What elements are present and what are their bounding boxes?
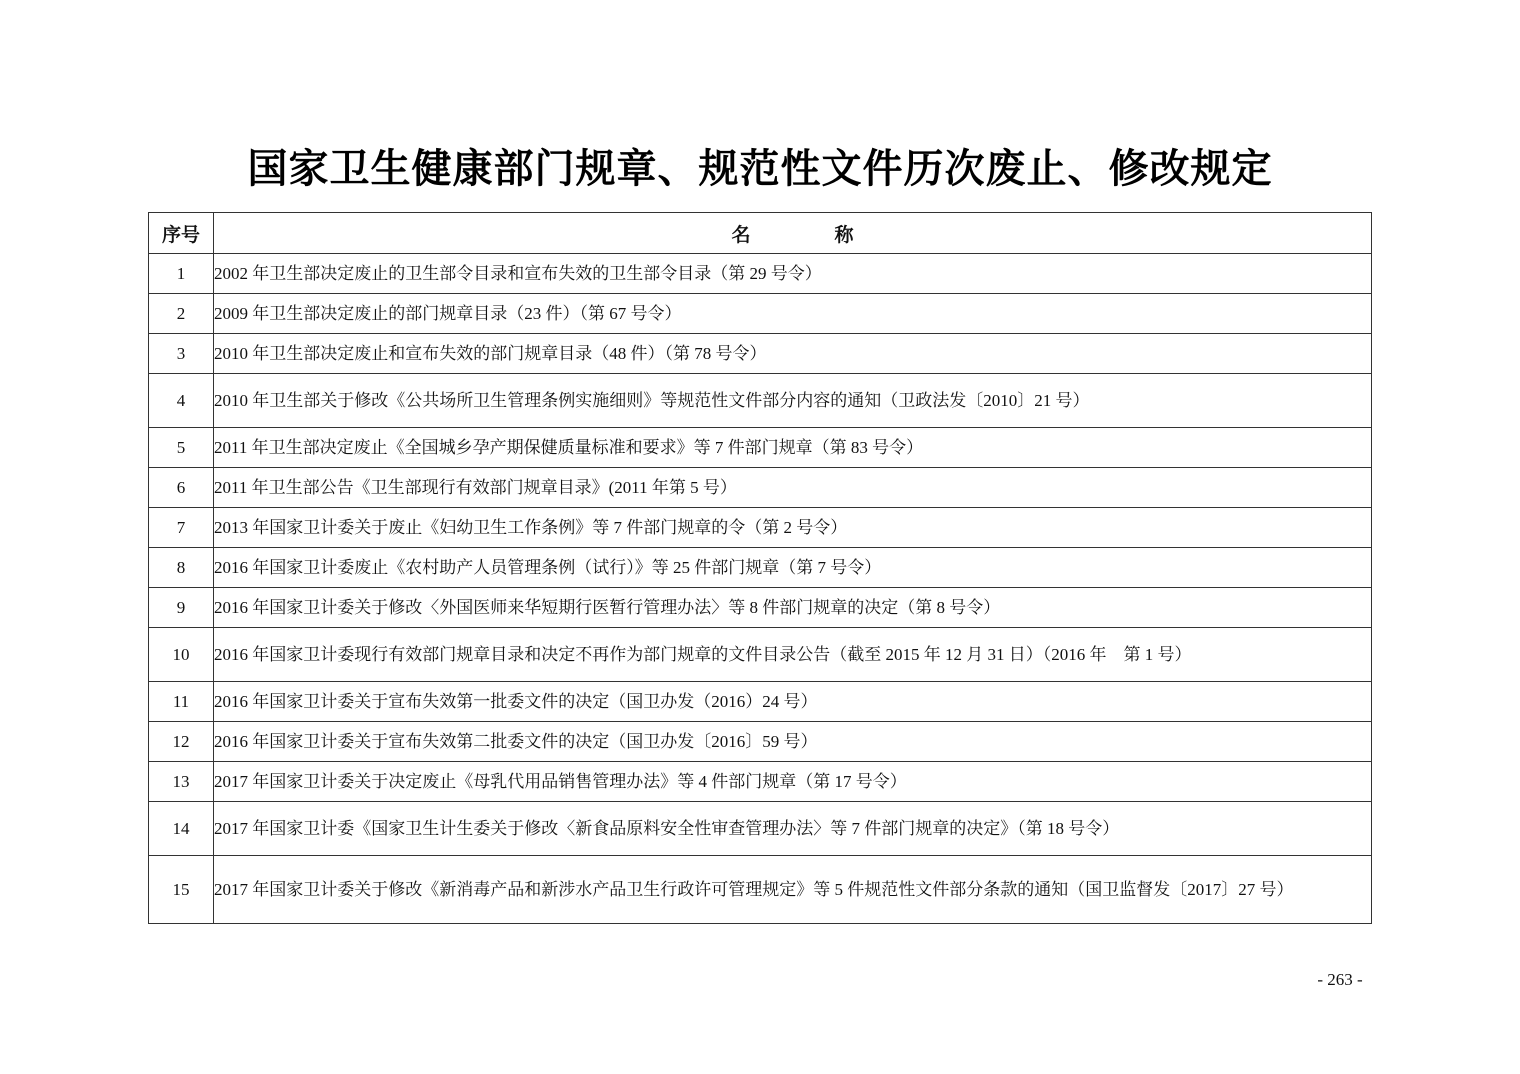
regulations-table: 序号 名称 1 2002 年卫生部决定废止的卫生部令目录和宣布失效的卫生部令目录… — [148, 212, 1372, 924]
row-name: 2002 年卫生部决定废止的卫生部令目录和宣布失效的卫生部令目录（第 29 号令… — [214, 254, 1372, 294]
row-number: 15 — [149, 856, 214, 924]
table-row: 11 2016 年国家卫计委关于宣布失效第一批委文件的决定（国卫办发（2016）… — [149, 682, 1372, 722]
table-row: 7 2013 年国家卫计委关于废止《妇幼卫生工作条例》等 7 件部门规章的令（第… — [149, 508, 1372, 548]
row-number: 1 — [149, 254, 214, 294]
table-row: 6 2011 年卫生部公告《卫生部现行有效部门规章目录》(2011 年第 5 号… — [149, 468, 1372, 508]
table-row: 13 2017 年国家卫计委关于决定废止《母乳代用品销售管理办法》等 4 件部门… — [149, 762, 1372, 802]
row-name: 2016 年国家卫计委废止《农村助产人员管理条例（试行）》等 25 件部门规章（… — [214, 548, 1372, 588]
header-name-part1: 名 — [731, 224, 750, 246]
row-number: 12 — [149, 722, 214, 762]
row-name: 2009 年卫生部决定废止的部门规章目录（23 件）（第 67 号令） — [214, 294, 1372, 334]
table-row: 12 2016 年国家卫计委关于宣布失效第二批委文件的决定（国卫办发〔2016〕… — [149, 722, 1372, 762]
row-number: 11 — [149, 682, 214, 722]
table-header-row: 序号 名称 — [149, 213, 1372, 254]
row-name: 2011 年卫生部公告《卫生部现行有效部门规章目录》(2011 年第 5 号） — [214, 468, 1372, 508]
row-number: 3 — [149, 334, 214, 374]
row-number: 13 — [149, 762, 214, 802]
row-name: 2016 年国家卫计委关于宣布失效第一批委文件的决定（国卫办发（2016）24 … — [214, 682, 1372, 722]
row-number: 5 — [149, 428, 214, 468]
row-name: 2011 年卫生部决定废止《全国城乡孕产期保健质量标准和要求》等 7 件部门规章… — [214, 428, 1372, 468]
row-name: 2016 年国家卫计委现行有效部门规章目录和决定不再作为部门规章的文件目录公告（… — [214, 628, 1372, 682]
row-number: 4 — [149, 374, 214, 428]
header-name: 名称 — [214, 213, 1372, 254]
row-name: 2013 年国家卫计委关于废止《妇幼卫生工作条例》等 7 件部门规章的令（第 2… — [214, 508, 1372, 548]
row-name: 2010 年卫生部决定废止和宣布失效的部门规章目录（48 件）（第 78 号令） — [214, 334, 1372, 374]
row-name: 2017 年国家卫计委关于决定废止《母乳代用品销售管理办法》等 4 件部门规章（… — [214, 762, 1372, 802]
row-name: 2017 年国家卫计委关于修改《新消毒产品和新涉水产品卫生行政许可管理规定》等 … — [214, 856, 1372, 924]
header-serial-number: 序号 — [149, 213, 214, 254]
row-number: 7 — [149, 508, 214, 548]
table-row: 2 2009 年卫生部决定废止的部门规章目录（23 件）（第 67 号令） — [149, 294, 1372, 334]
table-row: 10 2016 年国家卫计委现行有效部门规章目录和决定不再作为部门规章的文件目录… — [149, 628, 1372, 682]
page-number: - 263 - — [1300, 970, 1380, 990]
table-row: 9 2016 年国家卫计委关于修改〈外国医师来华短期行医暂行管理办法〉等 8 件… — [149, 588, 1372, 628]
table-row: 1 2002 年卫生部决定废止的卫生部令目录和宣布失效的卫生部令目录（第 29 … — [149, 254, 1372, 294]
table-row: 14 2017 年国家卫计委《国家卫生计生委关于修改〈新食品原料安全性审查管理办… — [149, 802, 1372, 856]
page-title: 国家卫生健康部门规章、规范性文件历次废止、修改规定 — [0, 140, 1520, 198]
table-row: 4 2010 年卫生部关于修改《公共场所卫生管理条例实施细则》等规范性文件部分内… — [149, 374, 1372, 428]
header-name-part2: 称 — [835, 224, 854, 246]
table-row: 5 2011 年卫生部决定废止《全国城乡孕产期保健质量标准和要求》等 7 件部门… — [149, 428, 1372, 468]
row-name: 2016 年国家卫计委关于修改〈外国医师来华短期行医暂行管理办法〉等 8 件部门… — [214, 588, 1372, 628]
row-number: 2 — [149, 294, 214, 334]
row-number: 8 — [149, 548, 214, 588]
row-number: 9 — [149, 588, 214, 628]
row-name: 2017 年国家卫计委《国家卫生计生委关于修改〈新食品原料安全性审查管理办法〉等… — [214, 802, 1372, 856]
row-number: 10 — [149, 628, 214, 682]
row-name: 2016 年国家卫计委关于宣布失效第二批委文件的决定（国卫办发〔2016〕59 … — [214, 722, 1372, 762]
table-row: 3 2010 年卫生部决定废止和宣布失效的部门规章目录（48 件）（第 78 号… — [149, 334, 1372, 374]
table-row: 15 2017 年国家卫计委关于修改《新消毒产品和新涉水产品卫生行政许可管理规定… — [149, 856, 1372, 924]
table-row: 8 2016 年国家卫计委废止《农村助产人员管理条例（试行）》等 25 件部门规… — [149, 548, 1372, 588]
row-name: 2010 年卫生部关于修改《公共场所卫生管理条例实施细则》等规范性文件部分内容的… — [214, 374, 1372, 428]
row-number: 14 — [149, 802, 214, 856]
row-number: 6 — [149, 468, 214, 508]
